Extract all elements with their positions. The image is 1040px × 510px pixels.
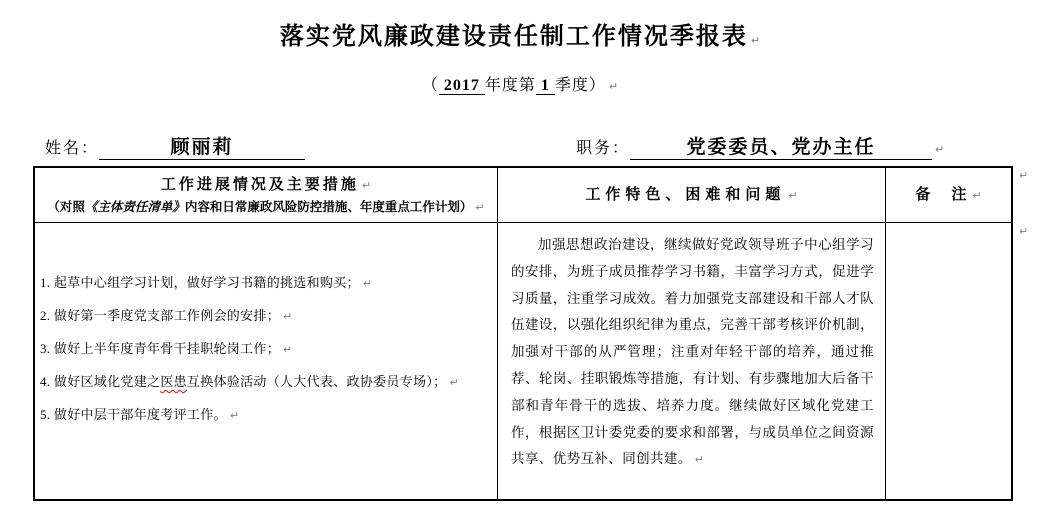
name-label: 姓名：: [45, 140, 99, 157]
progress-item-5: 5. 做好中层干部年度考评工作。↵: [40, 405, 489, 426]
responsibility-list-book-title: 《主体责任清单》: [85, 200, 185, 214]
document-subtitle: （2017年度第1季度）↵: [0, 72, 1040, 95]
position-field[interactable]: 党委委员、党办主任: [630, 136, 932, 160]
progress-item-4: 4. 做好区域化党建之医患互换体验活动（人大代表、政协委员专场）；↵: [40, 372, 489, 393]
paragraph-mark-icon: ↵: [363, 277, 372, 290]
paragraph-mark-icon: ↵: [230, 409, 239, 422]
subtitle-suffix: 季度）: [555, 77, 606, 94]
spellcheck-flagged-text: 医患: [160, 374, 187, 389]
paragraph-mark-icon: ↵: [788, 189, 797, 202]
progress-item-1: 1. 起草中心组学习计划，做好学习书籍的挑选和购买；↵: [40, 273, 489, 294]
features-paragraph: 加强思想政治建设，继续做好党政领导班子中心组学习的安排，为班子成员推荐学习书籍，…: [498, 223, 885, 474]
paragraph-mark-icon: ↵: [695, 453, 704, 466]
paragraph-mark-icon: ↵: [935, 143, 944, 156]
progress-cell[interactable]: 1. 起草中心组学习计划，做好学习书籍的挑选和购买；↵ 2. 做好第一季度党支部…: [35, 223, 498, 499]
subtitle-prefix: （: [422, 77, 439, 94]
features-cell[interactable]: 加强思想政治建设，继续做好党政领导班子中心组学习的安排，为班子成员推荐学习书籍，…: [498, 223, 886, 499]
quarter-value[interactable]: 1: [536, 77, 555, 95]
name-field-group: 姓名：顾丽莉: [45, 135, 305, 160]
row-end-mark-icon: ↵: [1019, 169, 1028, 182]
header-progress-note: （对照《主体责任清单》内容和日常廉政风险防控措施、年度重点工作计划）↵: [47, 199, 484, 216]
identity-field-row: 姓名：顾丽莉 职务：党委委员、党办主任↵: [0, 135, 1040, 165]
paragraph-mark-icon: ↵: [362, 179, 371, 192]
progress-item-3: 3. 做好上半年度青年骨干挂职轮岗工作；↵: [40, 339, 489, 360]
subtitle-middle: 年度第: [485, 77, 536, 94]
paragraph-mark-icon: ↵: [972, 189, 981, 202]
table-content-row: 1. 起草中心组学习计划，做好学习书籍的挑选和购买；↵ 2. 做好第一季度党支部…: [35, 223, 1011, 499]
header-progress-title: 工作进展情况及主要措施↵: [161, 175, 371, 196]
name-field[interactable]: 顾丽莉: [99, 136, 305, 160]
progress-list: 1. 起草中心组学习计划，做好学习书籍的挑选和购买；↵ 2. 做好第一季度党支部…: [35, 223, 497, 426]
paragraph-mark-icon: ↵: [751, 34, 760, 47]
header-features-title: 工作特色、困难和问题↵: [585, 185, 797, 206]
position-field-group: 职务：党委委员、党办主任↵: [576, 135, 944, 160]
header-cell-progress: 工作进展情况及主要措施↵ （对照《主体责任清单》内容和日常廉政风险防控措施、年度…: [35, 168, 498, 222]
paragraph-mark-icon: ↵: [283, 343, 292, 356]
remarks-cell[interactable]: [886, 223, 1011, 499]
document-title-text: 落实党风廉政建设责任制工作情况季报表: [280, 24, 748, 50]
document-title: 落实党风廉政建设责任制工作情况季报表↵: [0, 16, 1040, 51]
header-cell-features: 工作特色、困难和问题↵: [498, 168, 886, 222]
paragraph-mark-icon: ↵: [475, 201, 484, 214]
paragraph-mark-icon: ↵: [609, 80, 618, 93]
report-table: 工作进展情况及主要措施↵ （对照《主体责任清单》内容和日常廉政风险防控措施、年度…: [33, 166, 1013, 501]
progress-item-2: 2. 做好第一季度党支部工作例会的安排；↵: [40, 306, 489, 327]
table-header-row: 工作进展情况及主要措施↵ （对照《主体责任清单》内容和日常廉政风险防控措施、年度…: [35, 168, 1011, 223]
header-remarks-title: 备 注↵: [915, 185, 981, 206]
quarterly-report-document: { "colors": { "text": "#000000", "border…: [0, 0, 1040, 510]
position-label: 职务：: [576, 140, 630, 157]
header-cell-remarks: 备 注↵: [886, 168, 1011, 222]
year-value[interactable]: 2017: [439, 77, 485, 95]
row-end-mark-icon: ↵: [1019, 225, 1028, 238]
paragraph-mark-icon: ↵: [283, 310, 292, 323]
paragraph-mark-icon: ↵: [449, 376, 458, 389]
